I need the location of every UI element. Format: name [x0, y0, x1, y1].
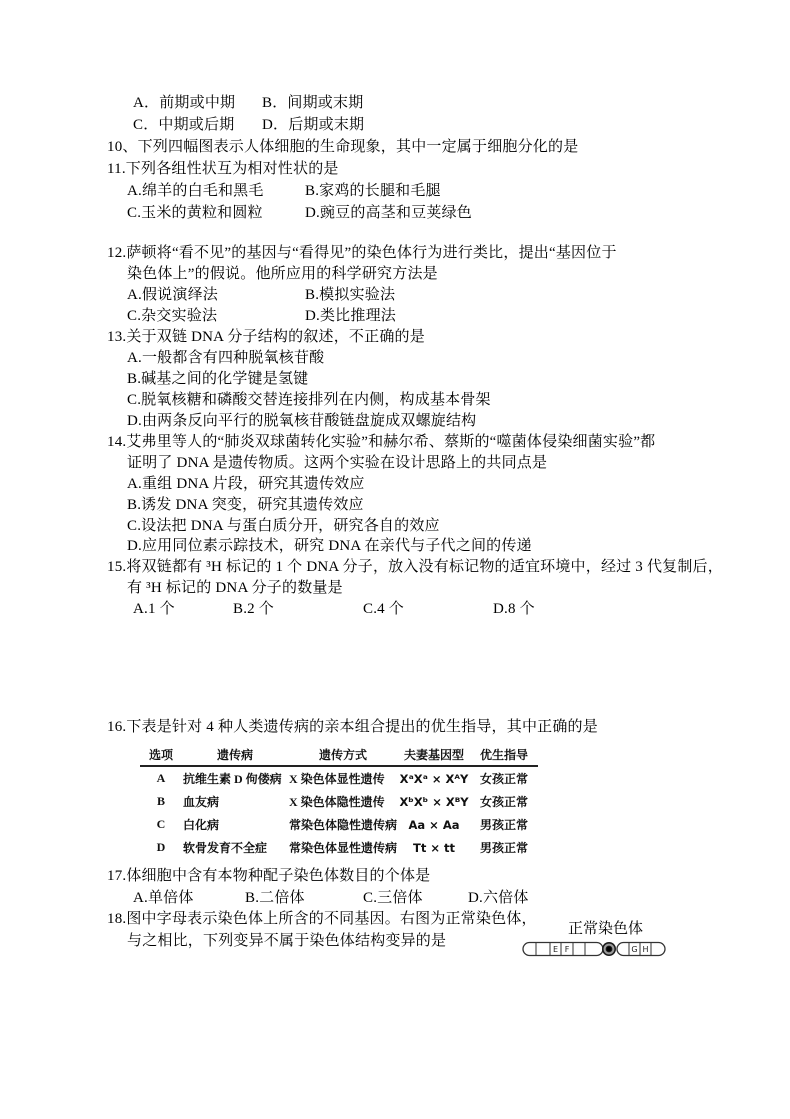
q17-option-c: C.三倍体 — [363, 890, 423, 907]
table-cell-option: B — [140, 794, 182, 809]
table-header-cell: 遗传病 — [182, 746, 288, 763]
gene-label-g: G — [631, 945, 637, 954]
chromosome-figure-title: 正常染色体 — [558, 917, 653, 938]
table-cell-genotype: XᵇXᵇ × XᴮY — [398, 795, 470, 809]
q16-stem: 16.下表是针对 4 种人类遗传病的亲本组合提出的优生指导，其中正确的是 — [107, 719, 598, 736]
q17-option-a: A.单倍体 — [133, 890, 194, 907]
q9-option-b: B．间期或末期 — [262, 95, 363, 112]
genetic-disease-table: 选项 遗传病 遗传方式 夫妻基因型 优生指导 A 抗维生素 D 佝偻病 X 染色… — [140, 744, 538, 859]
q12-option-d: D.类比推理法 — [305, 308, 396, 325]
q17-option-d: D.六倍体 — [468, 890, 529, 907]
q14-option-a: A.重组 DNA 片段，研究其遗传效应 — [127, 476, 365, 493]
gene-label-h: H — [642, 945, 648, 954]
q11-option-c: C.玉米的黄粒和圆粒 — [127, 205, 263, 222]
normal-chromosome-diagram: E F G H — [521, 939, 669, 959]
q13-option-b: B.碱基之间的化学键是氢键 — [127, 371, 308, 388]
table-cell-disease: 血友病 — [182, 793, 288, 810]
q11-stem: 11.下列各组性状互为相对性状的是 — [107, 161, 339, 178]
q14-option-c: C.设法把 DNA 与蛋白质分开，研究各自的效应 — [127, 518, 440, 535]
q17-option-b: B.二倍体 — [245, 890, 305, 907]
table-cell-disease: 白化病 — [182, 816, 288, 833]
q12-option-a: A.假说演绎法 — [127, 287, 218, 304]
table-cell-mode: X 染色体隐性遗传 — [288, 793, 398, 810]
q15-stem-line2: 有 ³H 标记的 DNA 分子的数量是 — [127, 580, 343, 597]
q17-stem: 17.体细胞中含有本物种配子染色体数目的个体是 — [107, 868, 430, 885]
table-cell-disease: 抗维生素 D 佝偻病 — [182, 770, 288, 787]
table-row: B 血友病 X 染色体隐性遗传 XᵇXᵇ × XᴮY 女孩正常 — [140, 790, 538, 813]
q18-stem-line1: 18.图中字母表示染色体上所含的不同基因。右图为正常染色体， — [107, 911, 537, 928]
exam-page: { "questions": { "q9": { "optA": "A．前期或中… — [0, 0, 790, 1119]
table-cell-mode: X 染色体显性遗传 — [288, 770, 398, 787]
q13-option-a: A.一般都含有四种脱氧核苷酸 — [127, 350, 324, 367]
q13-option-d: D.由两条反向平行的脱氧核苷酸链盘旋成双螺旋结构 — [127, 413, 476, 430]
q11-option-a: A.绵羊的白毛和黑毛 — [127, 183, 264, 200]
table-cell-mode: 常染色体隐性遗传病 — [288, 816, 398, 833]
table-cell-option: D — [140, 840, 182, 855]
q13-stem: 13.关于双链 DNA 分子结构的叙述，不正确的是 — [107, 329, 425, 346]
table-row: D 软骨发育不全症 常染色体显性遗传病 Tt × tt 男孩正常 — [140, 836, 538, 859]
q11-option-d: D.豌豆的高茎和豆荚绿色 — [305, 205, 472, 222]
q12-option-c: C.杂交实验法 — [127, 308, 217, 325]
q9-option-c: C．中期或后期 — [133, 117, 234, 134]
q13-option-c: C.脱氧核糖和磷酸交替连接排列在内侧，构成基本骨架 — [127, 392, 491, 409]
table-cell-guidance: 女孩正常 — [470, 770, 538, 787]
q15-option-c: C.4 个 — [363, 601, 404, 618]
table-cell-genotype: XᵃXᵃ × XᴬY — [398, 772, 470, 786]
q14-option-d: D.应用同位素示踪技术，研究 DNA 在亲代与子代之间的传递 — [127, 538, 532, 555]
q15-stem-line1: 15.将双链都有 ³H 标记的 1 个 DNA 分子，放入没有标记物的适宜环境中… — [107, 559, 723, 576]
chromosome-right-arm — [617, 943, 665, 956]
table-cell-disease: 软骨发育不全症 — [182, 839, 288, 856]
q15-option-d: D.8 个 — [493, 601, 535, 618]
table-header-cell: 优生指导 — [470, 746, 538, 763]
chromosome-left-arm — [523, 943, 603, 956]
table-cell-genotype: Aa × Aa — [398, 818, 470, 832]
q12-stem-line1: 12.萨顿将“看不见”的基因与“看得见”的染色体行为进行类比，提出“基因位于 — [107, 245, 617, 262]
table-header-row: 选项 遗传病 遗传方式 夫妻基因型 优生指导 — [140, 744, 538, 767]
q14-stem-line2: 证明了 DNA 是遗传物质。这两个实验在设计思路上的共同点是 — [127, 455, 547, 472]
table-cell-genotype: Tt × tt — [398, 841, 470, 855]
q10-stem: 10、下列四幅图表示人体细胞的生命现象，其中一定属于细胞分化的是 — [107, 139, 578, 156]
q11-option-b: B.家鸡的长腿和毛腿 — [305, 183, 441, 200]
table-cell-option: A — [140, 771, 182, 786]
q18-stem-line2: 与之相比，下列变异不属于染色体结构变异的是 — [127, 933, 446, 950]
q12-stem-line2: 染色体上”的假说。他所应用的科学研究方法是 — [127, 266, 438, 283]
q12-option-b: B.模拟实验法 — [305, 287, 395, 304]
table-header-cell: 遗传方式 — [288, 746, 398, 763]
table-cell-mode: 常染色体显性遗传病 — [288, 839, 398, 856]
table-header-cell: 夫妻基因型 — [398, 746, 470, 763]
q9-option-d: D．后期或末期 — [262, 117, 364, 134]
q9-option-a: A．前期或中期 — [133, 95, 235, 112]
table-cell-guidance: 女孩正常 — [470, 793, 538, 810]
q14-stem-line1: 14.艾弗里等人的“肺炎双球菌转化实验”和赫尔希、蔡斯的“噬菌体侵染细菌实验”都 — [107, 434, 655, 451]
q15-option-a: A.1 个 — [133, 601, 175, 618]
table-row: A 抗维生素 D 佝偻病 X 染色体显性遗传 XᵃXᵃ × XᴬY 女孩正常 — [140, 767, 538, 790]
table-cell-guidance: 男孩正常 — [470, 839, 538, 856]
table-cell-option: C — [140, 817, 182, 832]
q15-option-b: B.2 个 — [233, 601, 274, 618]
table-cell-guidance: 男孩正常 — [470, 816, 538, 833]
gene-label-e: E — [553, 945, 558, 954]
q14-option-b: B.诱发 DNA 突变，研究其遗传效应 — [127, 497, 364, 514]
table-row: C 白化病 常染色体隐性遗传病 Aa × Aa 男孩正常 — [140, 813, 538, 836]
table-header-cell: 选项 — [140, 746, 182, 763]
gene-label-f: F — [565, 945, 570, 954]
